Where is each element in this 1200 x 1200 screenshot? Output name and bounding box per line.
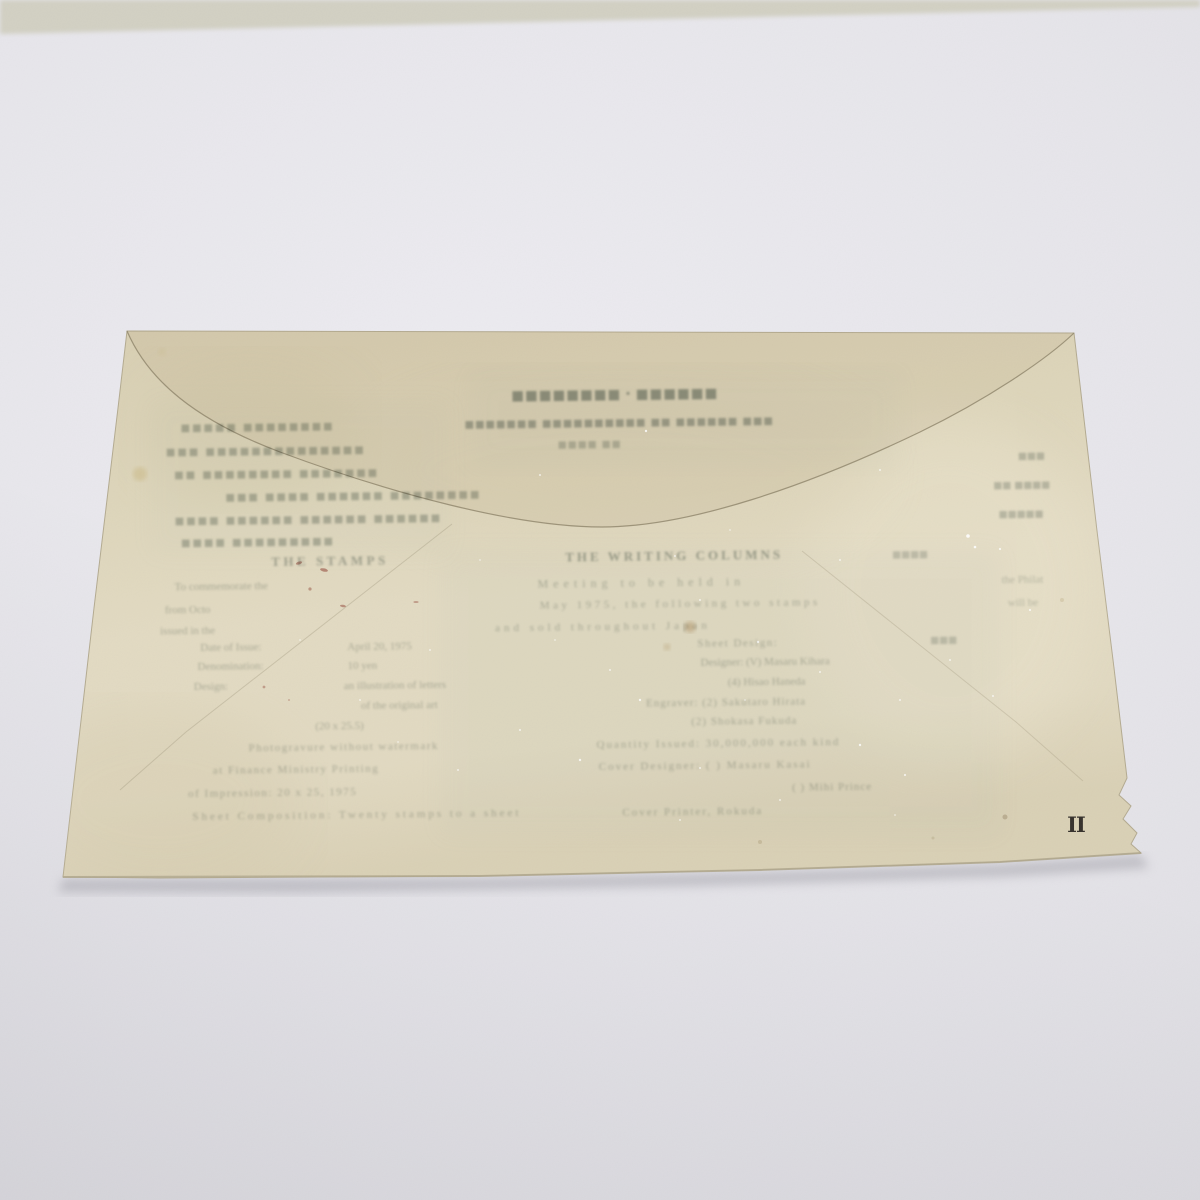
envelope-photo-canvas: II <box>0 0 1200 1200</box>
photo-backdrop: II ■■■■■■■■・■■■■■■ ■■■■■■■ ■■■■■■■■■■ ■■… <box>0 0 1200 1200</box>
photo-grain <box>0 0 1200 1200</box>
